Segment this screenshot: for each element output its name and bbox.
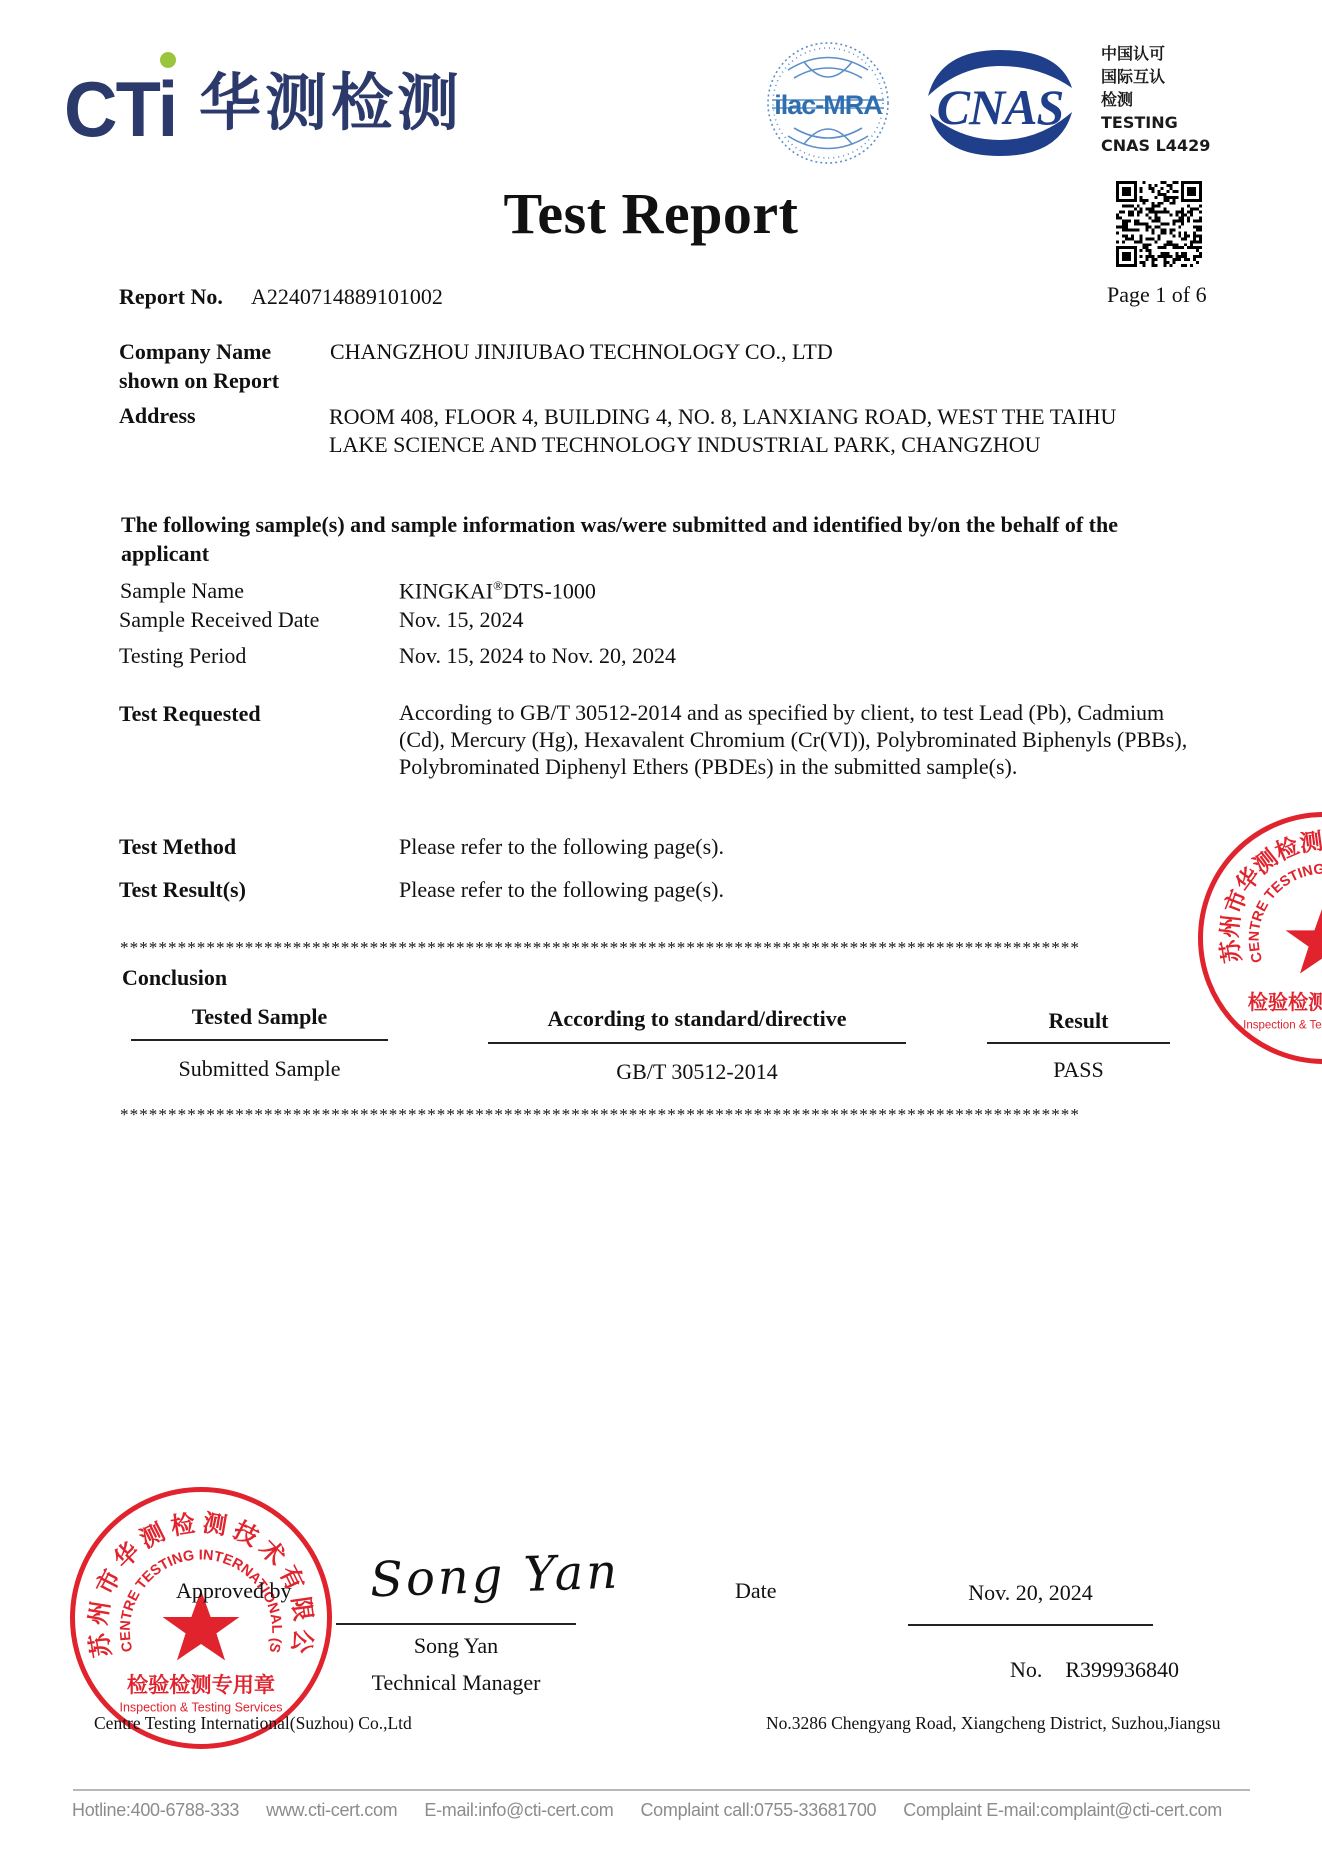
date-label: Date — [735, 1578, 777, 1604]
registered-mark: ® — [493, 578, 503, 593]
footer-complaint-call: Complaint call:0755-33681700 — [640, 1800, 876, 1821]
sample-info-intro: The following sample(s) and sample infor… — [121, 510, 1201, 568]
company-label-line1: Company Name — [119, 337, 299, 366]
approved-by-label: Approved by — [176, 1578, 291, 1604]
company-name-value: CHANGZHOU JINJIUBAO TECHNOLOGY CO., LTD — [330, 339, 833, 365]
footer-divider — [73, 1789, 1250, 1791]
date-line — [908, 1624, 1153, 1626]
page-indicator: Page 1 of 6 — [1107, 282, 1207, 308]
seal-bottom-en: Inspection & Testing Services — [1243, 1019, 1322, 1031]
header-underline — [488, 1042, 906, 1044]
test-method-value: Please refer to the following page(s). — [399, 834, 724, 860]
seal-emblem-icon: 苏州市华测检测技术有限公司 CENTRE TESTING INTERNATION… — [1203, 817, 1322, 1059]
test-results-label: Test Result(s) — [119, 877, 246, 903]
report-no-value: A2240714889101002 — [251, 284, 443, 310]
signer-name: Song Yan — [336, 1633, 576, 1659]
sample-name-label: Sample Name — [120, 578, 244, 604]
separator-top: ****************************************… — [120, 938, 1200, 958]
column-header-standard: According to standard/directive — [488, 1006, 906, 1032]
footer-website[interactable]: www.cti-cert.com — [266, 1800, 397, 1821]
test-requested-label: Test Requested — [119, 701, 261, 727]
accreditation-text: 中国认可 国际互认 检测 TESTING CNAS L4429 — [1101, 42, 1210, 157]
column-header-result: Result — [987, 1008, 1170, 1034]
testing-period-value: Nov. 15, 2024 to Nov. 20, 2024 — [399, 643, 676, 669]
accreditation-line: TESTING — [1101, 111, 1210, 134]
official-seal-right: 苏州市华测检测技术有限公司 CENTRE TESTING INTERNATION… — [1198, 812, 1322, 1064]
conclusion-heading: Conclusion — [122, 965, 227, 991]
logo-latin-text: CTi — [64, 70, 176, 148]
address-line2: LAKE SCIENCE AND TECHNOLOGY INDUSTRIAL P… — [329, 431, 1229, 459]
test-method-label: Test Method — [119, 834, 236, 860]
report-no-label: Report No. — [119, 284, 223, 310]
cnas-logo: CNAS — [920, 48, 1080, 158]
header-underline — [131, 1039, 388, 1041]
separator-bottom: ****************************************… — [120, 1105, 1200, 1125]
address-label: Address — [119, 403, 196, 429]
footer-complaint-email[interactable]: Complaint E-mail:complaint@cti-cert.com — [903, 1800, 1222, 1821]
column-header-tested-sample: Tested Sample — [131, 1004, 388, 1030]
accreditation-line: 检测 — [1101, 88, 1210, 111]
sample-name-value: KINGKAI®DTS-1000 — [399, 578, 596, 604]
received-date-label: Sample Received Date — [119, 607, 319, 633]
ilac-text: ilac-MRA — [760, 90, 896, 121]
address-line1: ROOM 408, FLOOR 4, BUILDING 4, NO. 8, LA… — [329, 403, 1229, 431]
lab-address: No.3286 Chengyang Road, Xiangcheng Distr… — [766, 1713, 1220, 1734]
seal-emblem-icon: 苏州市华测检测技术有限公司 CENTRE TESTING INTERNATION… — [75, 1492, 327, 1744]
logo-chinese-text: 华测检测 — [199, 72, 463, 134]
cell-result: PASS — [987, 1057, 1170, 1083]
official-seal-left: 苏州市华测检测技术有限公司 CENTRE TESTING INTERNATION… — [70, 1487, 332, 1749]
received-date-value: Nov. 15, 2024 — [399, 607, 523, 633]
cti-logo: CTi 华测检测 — [64, 52, 494, 142]
header-underline — [987, 1042, 1170, 1044]
footer-email[interactable]: E-mail:info@cti-cert.com — [424, 1800, 613, 1821]
footer-hotline: Hotline:400-6788-333 — [72, 1800, 239, 1821]
accreditation-line: 国际互认 — [1101, 65, 1210, 88]
ilac-mra-logo: ilac-MRA — [760, 40, 896, 166]
test-results-value: Please refer to the following page(s). — [399, 877, 724, 903]
signature: Song Yan — [369, 1544, 621, 1609]
cell-tested-sample: Submitted Sample — [131, 1056, 388, 1082]
company-label-line2: shown on Report — [119, 366, 299, 395]
page-title: Test Report — [0, 180, 1322, 247]
address-value: ROOM 408, FLOOR 4, BUILDING 4, NO. 8, LA… — [329, 403, 1229, 459]
certificate-number: No. R399936840 — [1010, 1657, 1179, 1683]
seal-bottom-cn: 检验检测专用章 — [127, 1672, 275, 1697]
sample-brand: KINGKAI — [399, 578, 493, 603]
accreditation-line: CNAS L4429 — [1101, 134, 1210, 157]
date-value: Nov. 20, 2024 — [908, 1580, 1153, 1606]
signer-title: Technical Manager — [336, 1670, 576, 1696]
cnas-text: CNAS — [920, 78, 1080, 136]
sample-model: DTS-1000 — [503, 578, 596, 603]
company-name-label: Company Name shown on Report — [119, 337, 299, 395]
signature-line — [336, 1623, 576, 1625]
footer: Hotline:400-6788-333 www.cti-cert.com E-… — [72, 1800, 1262, 1821]
seal-bottom-cn: 检验检测专用章 — [1248, 990, 1322, 1014]
accreditation-line: 中国认可 — [1101, 42, 1210, 65]
cell-standard: GB/T 30512-2014 — [488, 1059, 906, 1085]
lab-name: Centre Testing International(Suzhou) Co.… — [94, 1713, 412, 1734]
test-requested-value: According to GB/T 30512-2014 and as spec… — [399, 699, 1199, 780]
testing-period-label: Testing Period — [119, 643, 246, 669]
